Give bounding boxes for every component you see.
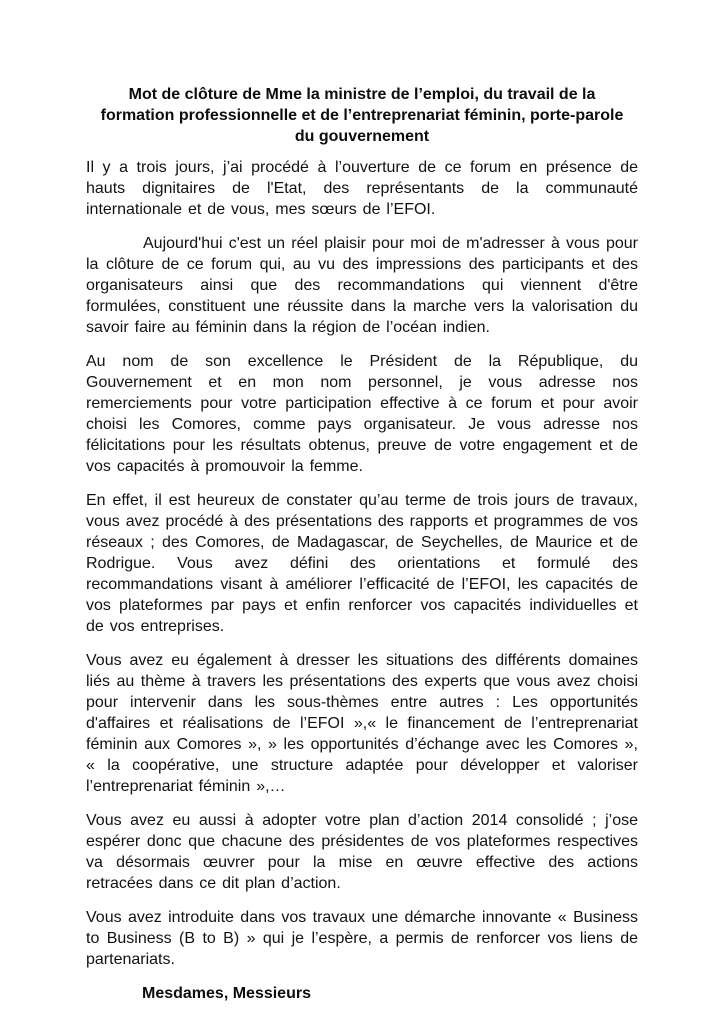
paragraph: En effet, il est heureux de constater qu… bbox=[86, 490, 638, 637]
paragraph: Aujourd'hui c'est un réel plaisir pour m… bbox=[86, 233, 638, 338]
document-title: Mot de clôture de Mme la ministre de l’e… bbox=[96, 84, 628, 147]
closing-salutation: Mesdames, Messieurs bbox=[142, 983, 638, 1004]
paragraph: Vous avez eu aussi à adopter votre plan … bbox=[86, 810, 638, 894]
document-page: Mot de clôture de Mme la ministre de l’e… bbox=[0, 0, 724, 1024]
paragraph: Vous avez eu également à dresser les sit… bbox=[86, 650, 638, 797]
paragraph: Au nom de son excellence le Président de… bbox=[86, 351, 638, 477]
document-paragraphs: Il y a trois jours, j’ai procédé à l’ouv… bbox=[86, 157, 638, 970]
paragraph: Vous avez introduite dans vos travaux un… bbox=[86, 907, 638, 970]
paragraph: Il y a trois jours, j’ai procédé à l’ouv… bbox=[86, 157, 638, 220]
